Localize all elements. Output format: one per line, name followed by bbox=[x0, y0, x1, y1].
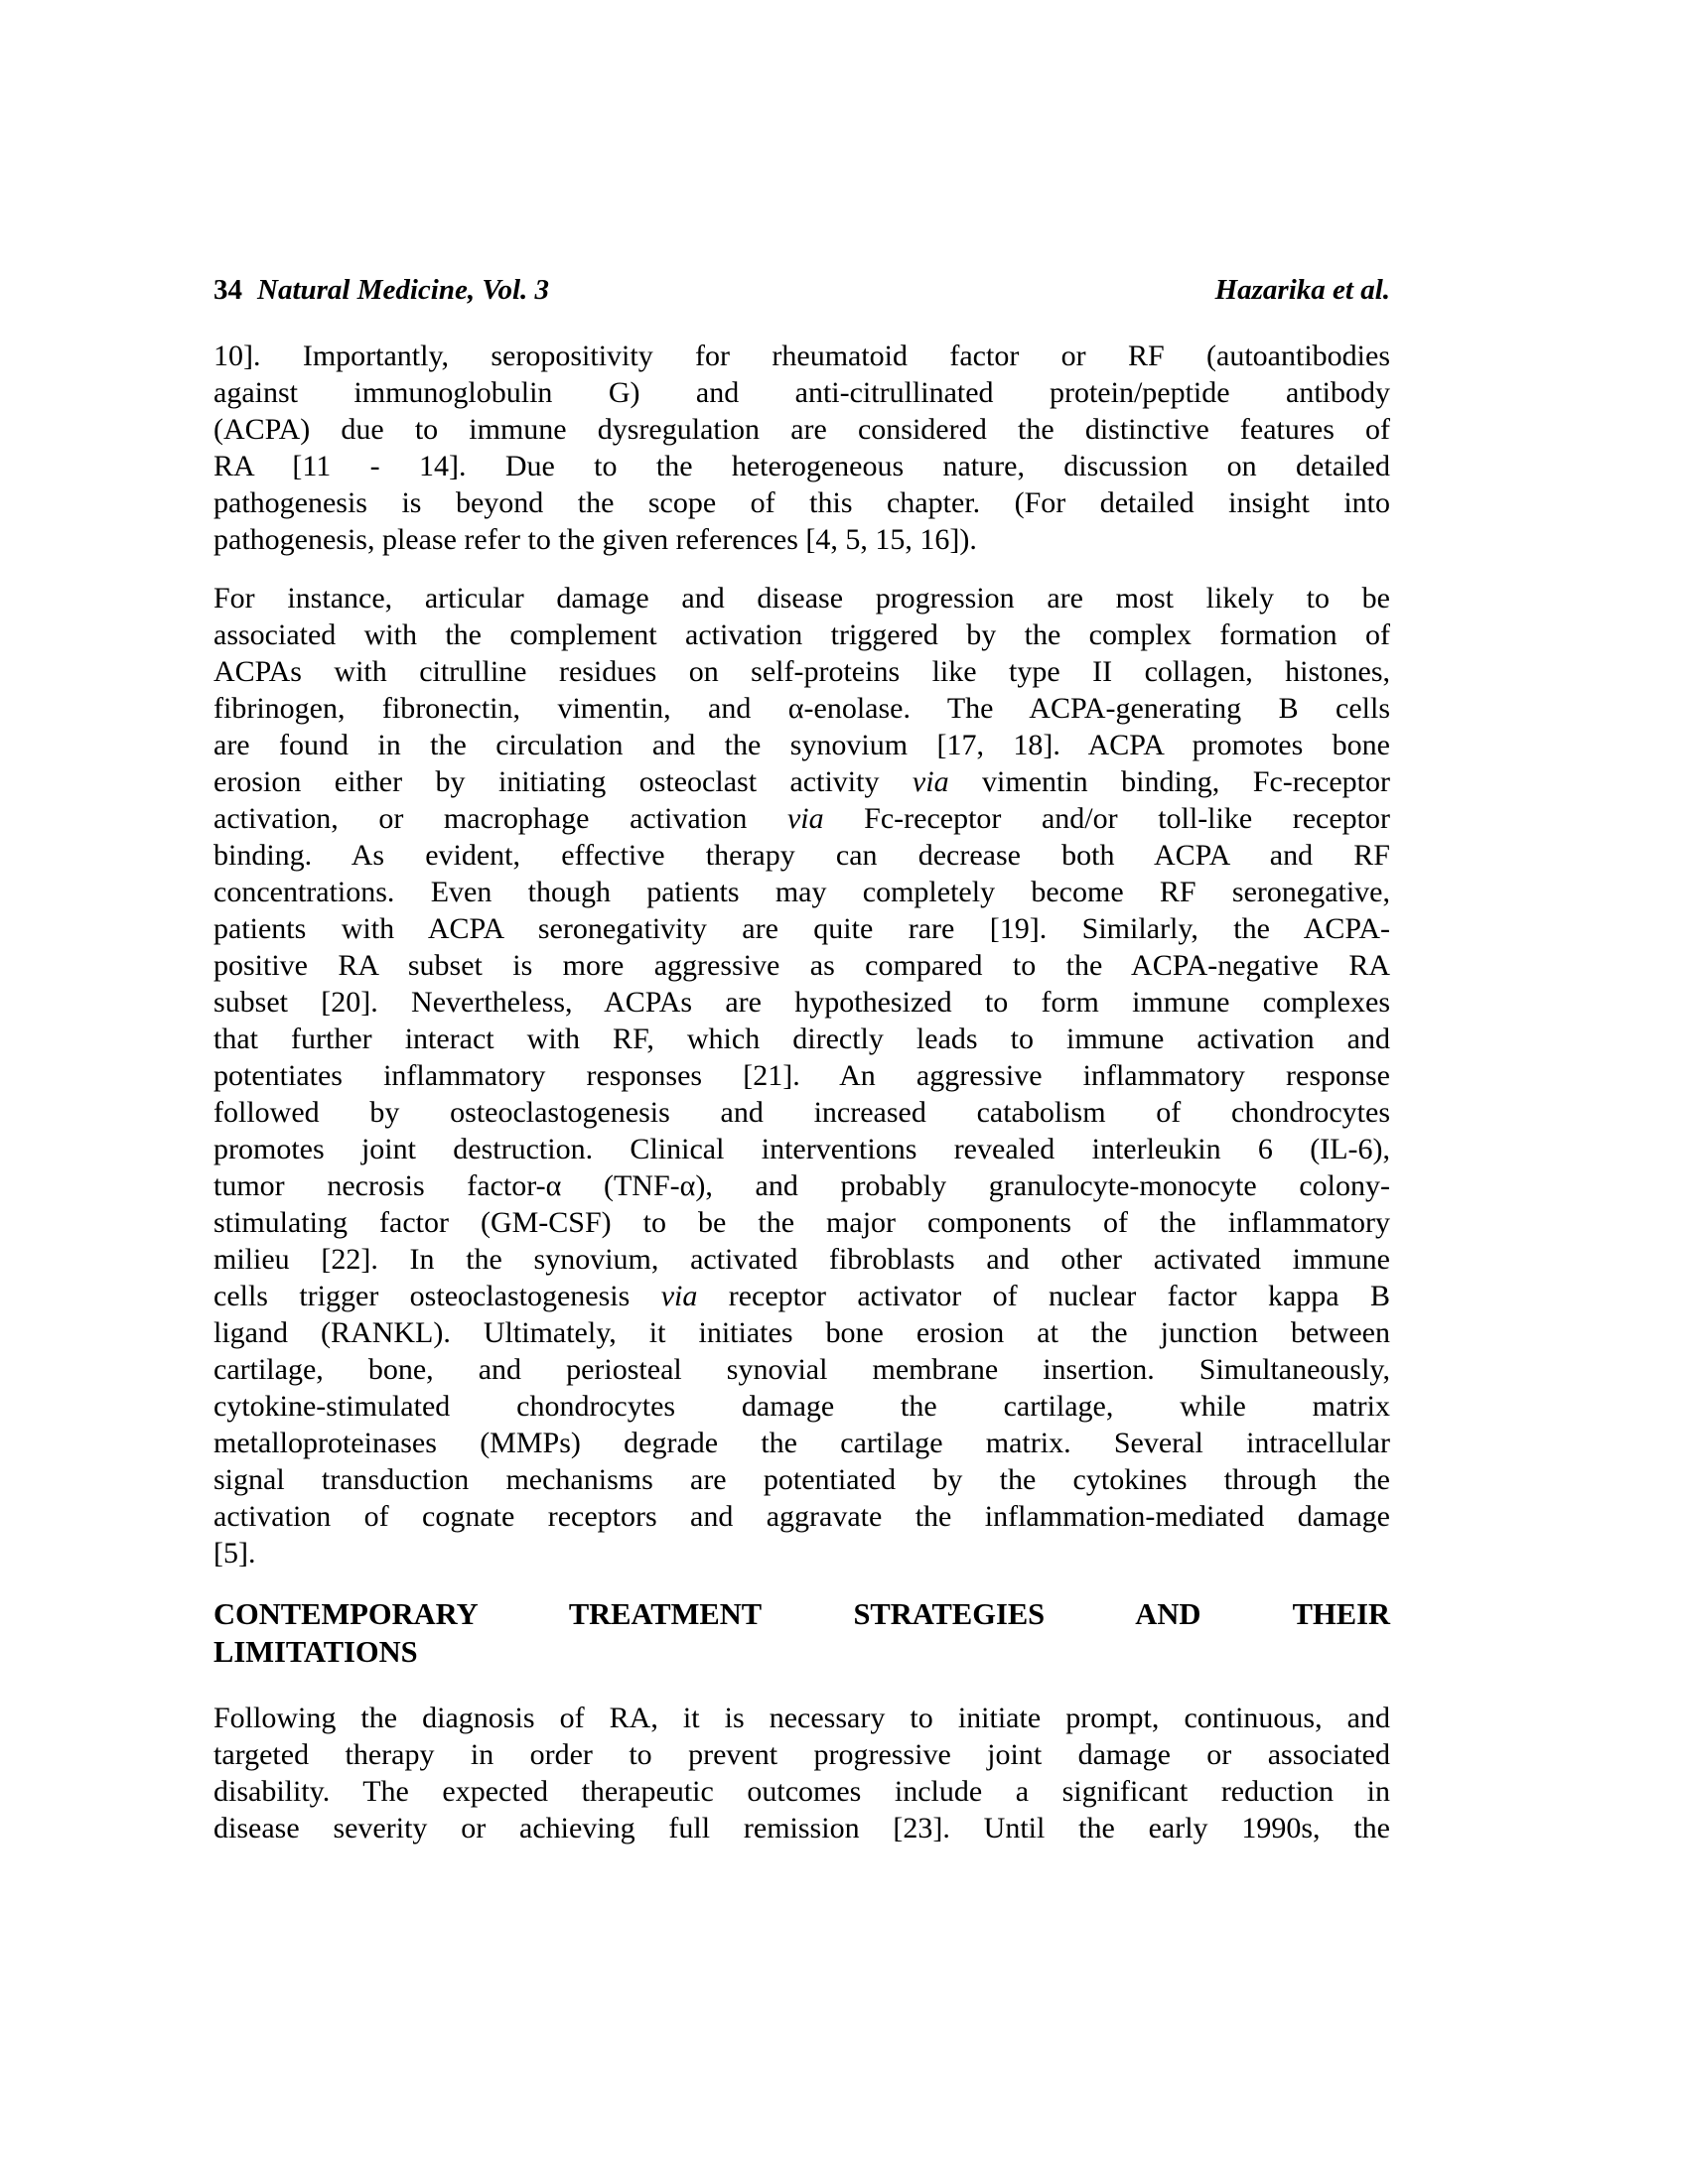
text-line: RA [11 - 14]. Due to the heterogeneous n… bbox=[213, 448, 1390, 484]
text-run: 10]. Importantly, seropositivity for rhe… bbox=[213, 340, 1390, 372]
text-run: activation of cognate receptors and aggr… bbox=[213, 1500, 1390, 1533]
text-run: promotes joint destruction. Clinical int… bbox=[213, 1133, 1390, 1165]
text-line: ACPAs with citrulline residues on self-p… bbox=[213, 653, 1390, 690]
italic-term: via bbox=[913, 765, 949, 798]
text-run: are found in the circulation and the syn… bbox=[213, 729, 1390, 761]
text-run: signal transduction mechanisms are poten… bbox=[213, 1463, 1390, 1496]
text-line: stimulating factor (GM-CSF) to be the ma… bbox=[213, 1204, 1390, 1241]
text-line: activation of cognate receptors and aggr… bbox=[213, 1498, 1390, 1535]
text-run: RA [11 - 14]. Due to the heterogeneous n… bbox=[213, 450, 1390, 482]
text-run: disease severity or achieving full remis… bbox=[213, 1812, 1390, 1844]
text-line: followed by osteoclastogenesis and incre… bbox=[213, 1094, 1390, 1131]
text-run: patients with ACPA seronegativity are qu… bbox=[213, 912, 1390, 945]
text-line: Following the diagnosis of RA, it is nec… bbox=[213, 1700, 1390, 1736]
text-run: ACPAs with citrulline residues on self-p… bbox=[213, 655, 1390, 688]
text-line: cartilage, bone, and periosteal synovial… bbox=[213, 1351, 1390, 1388]
text-run: (ACPA) due to immune dysregulation are c… bbox=[213, 413, 1390, 446]
text-line: targeted therapy in order to prevent pro… bbox=[213, 1736, 1390, 1773]
header-left: 34Natural Medicine, Vol. 3 bbox=[213, 276, 549, 304]
page-header: 34Natural Medicine, Vol. 3 Hazarika et a… bbox=[213, 276, 1390, 304]
text-line: disability. The expected therapeutic out… bbox=[213, 1773, 1390, 1810]
text-run: vimentin binding, Fc-receptor bbox=[949, 765, 1390, 798]
text-line: that further interact with RF, which dir… bbox=[213, 1021, 1390, 1057]
text-run: cartilage, bone, and periosteal synovial… bbox=[213, 1353, 1390, 1386]
section-heading: CONTEMPORARY TREATMENT STRATEGIES AND TH… bbox=[213, 1595, 1390, 1671]
text-run: activation, or macrophage activation bbox=[213, 802, 787, 835]
text-line: [5]. bbox=[213, 1535, 1390, 1571]
text-run: tumor necrosis factor-α (TNF-α), and pro… bbox=[213, 1169, 1390, 1202]
italic-term: via bbox=[787, 802, 824, 835]
text-line: 10]. Importantly, seropositivity for rhe… bbox=[213, 338, 1390, 374]
italic-term: via bbox=[661, 1280, 698, 1312]
text-run: fibrinogen, fibronectin, vimentin, and α… bbox=[213, 692, 1390, 725]
text-run: metalloproteinases (MMPs) degrade the ca… bbox=[213, 1427, 1390, 1459]
text-line: For instance, articular damage and disea… bbox=[213, 580, 1390, 616]
text-line: concentrations. Even though patients may… bbox=[213, 874, 1390, 910]
book-title: Natural Medicine, Vol. 3 bbox=[257, 274, 549, 306]
text-line: potentiates inflammatory responses [21].… bbox=[213, 1057, 1390, 1094]
text-line: are found in the circulation and the syn… bbox=[213, 727, 1390, 763]
text-run: concentrations. Even though patients may… bbox=[213, 876, 1390, 908]
text-run: targeted therapy in order to prevent pro… bbox=[213, 1738, 1390, 1771]
text-run: that further interact with RF, which dir… bbox=[213, 1023, 1390, 1055]
text-line: patients with ACPA seronegativity are qu… bbox=[213, 910, 1390, 947]
text-line: tumor necrosis factor-α (TNF-α), and pro… bbox=[213, 1167, 1390, 1204]
text-run: CONTEMPORARY TREATMENT STRATEGIES AND TH… bbox=[213, 1597, 1390, 1631]
text-run: against immunoglobulin G) and anti-citru… bbox=[213, 376, 1390, 409]
text-run: ligand (RANKL). Ultimately, it initiates… bbox=[213, 1316, 1390, 1349]
text-line: subset [20]. Nevertheless, ACPAs are hyp… bbox=[213, 984, 1390, 1021]
text-run: receptor activator of nuclear factor kap… bbox=[697, 1280, 1390, 1312]
text-run: pathogenesis is beyond the scope of this… bbox=[213, 486, 1390, 519]
text-run: milieu [22]. In the synovium, activated … bbox=[213, 1243, 1390, 1276]
text-run: subset [20]. Nevertheless, ACPAs are hyp… bbox=[213, 986, 1390, 1019]
text-line: binding. As evident, effective therapy c… bbox=[213, 837, 1390, 874]
text-line: erosion either by initiating osteoclast … bbox=[213, 763, 1390, 800]
text-line: CONTEMPORARY TREATMENT STRATEGIES AND TH… bbox=[213, 1595, 1390, 1633]
text-run: disability. The expected therapeutic out… bbox=[213, 1775, 1390, 1808]
header-authors: Hazarika et al. bbox=[1215, 276, 1390, 304]
text-run: [5]. bbox=[213, 1537, 255, 1570]
page-number: 34 bbox=[213, 274, 242, 306]
text-line: disease severity or achieving full remis… bbox=[213, 1810, 1390, 1846]
paragraph: Following the diagnosis of RA, it is nec… bbox=[213, 1700, 1390, 1846]
text-line: against immunoglobulin G) and anti-citru… bbox=[213, 374, 1390, 411]
text-line: pathogenesis is beyond the scope of this… bbox=[213, 484, 1390, 521]
document-page: 34Natural Medicine, Vol. 3 Hazarika et a… bbox=[0, 0, 1688, 2184]
text-line: cells trigger osteoclastogenesis via rec… bbox=[213, 1278, 1390, 1314]
text-line: LIMITATIONS bbox=[213, 1633, 1390, 1671]
text-run: stimulating factor (GM-CSF) to be the ma… bbox=[213, 1206, 1390, 1239]
text-line: activation, or macrophage activation via… bbox=[213, 800, 1390, 837]
text-line: pathogenesis, please refer to the given … bbox=[213, 521, 1390, 558]
text-run: For instance, articular damage and disea… bbox=[213, 582, 1390, 614]
text-line: metalloproteinases (MMPs) degrade the ca… bbox=[213, 1425, 1390, 1461]
text-line: milieu [22]. In the synovium, activated … bbox=[213, 1241, 1390, 1278]
text-run: Fc-receptor and/or toll-like receptor bbox=[824, 802, 1390, 835]
text-run: cytokine-stimulated chondrocytes damage … bbox=[213, 1390, 1390, 1423]
text-line: cytokine-stimulated chondrocytes damage … bbox=[213, 1388, 1390, 1425]
page-body: 10]. Importantly, seropositivity for rhe… bbox=[213, 338, 1390, 1846]
text-run: erosion either by initiating osteoclast … bbox=[213, 765, 913, 798]
text-run: pathogenesis, please refer to the given … bbox=[213, 523, 977, 556]
text-line: (ACPA) due to immune dysregulation are c… bbox=[213, 411, 1390, 448]
text-run: LIMITATIONS bbox=[213, 1635, 418, 1669]
text-line: promotes joint destruction. Clinical int… bbox=[213, 1131, 1390, 1167]
paragraph: For instance, articular damage and disea… bbox=[213, 580, 1390, 1571]
text-run: potentiates inflammatory responses [21].… bbox=[213, 1059, 1390, 1092]
paragraph: 10]. Importantly, seropositivity for rhe… bbox=[213, 338, 1390, 558]
text-line: positive RA subset is more aggressive as… bbox=[213, 947, 1390, 984]
text-run: Following the diagnosis of RA, it is nec… bbox=[213, 1702, 1390, 1734]
text-run: associated with the complement activatio… bbox=[213, 618, 1390, 651]
text-line: associated with the complement activatio… bbox=[213, 616, 1390, 653]
text-run: cells trigger osteoclastogenesis bbox=[213, 1280, 661, 1312]
text-run: followed by osteoclastogenesis and incre… bbox=[213, 1096, 1390, 1129]
text-line: ligand (RANKL). Ultimately, it initiates… bbox=[213, 1314, 1390, 1351]
text-run: positive RA subset is more aggressive as… bbox=[213, 949, 1390, 982]
text-line: signal transduction mechanisms are poten… bbox=[213, 1461, 1390, 1498]
text-line: fibrinogen, fibronectin, vimentin, and α… bbox=[213, 690, 1390, 727]
text-run: binding. As evident, effective therapy c… bbox=[213, 839, 1390, 872]
